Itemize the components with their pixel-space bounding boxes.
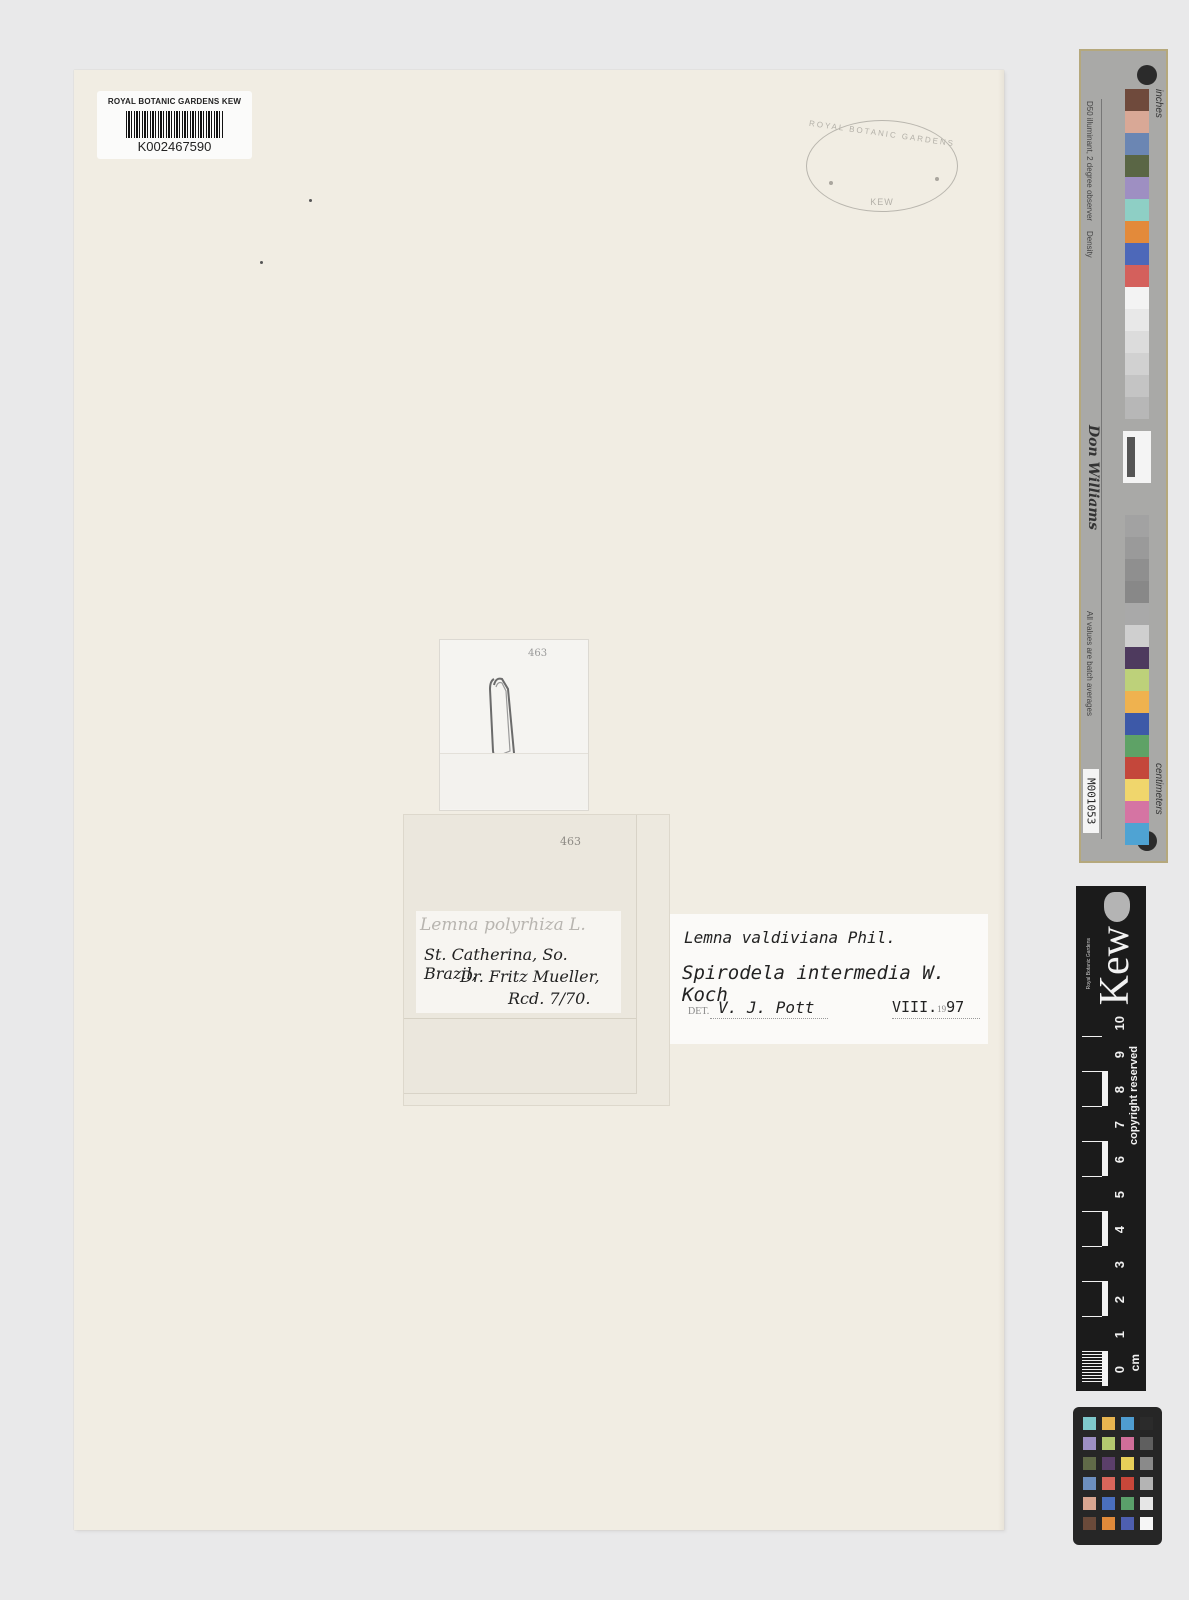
- checker-cell: [1102, 1457, 1115, 1470]
- kew-logo: Kew: [1094, 926, 1136, 1005]
- kew-scale-bar: Royal Botanic Gardens Kew 0123: [1076, 886, 1146, 1391]
- cm-scale-number: 10: [1112, 1016, 1127, 1030]
- stamp-bottom-text: KEW: [807, 197, 957, 207]
- checker-cell: [1140, 1497, 1153, 1510]
- color-swatch: [1125, 801, 1149, 823]
- color-swatch: [1125, 647, 1149, 669]
- checker-cell: [1140, 1457, 1153, 1470]
- color-swatch: [1125, 537, 1149, 559]
- checker-cell: [1083, 1437, 1096, 1450]
- color-swatch: [1125, 713, 1149, 735]
- color-swatch: [1125, 375, 1149, 397]
- color-swatch: [1125, 669, 1149, 691]
- cm-scale-number: 9: [1112, 1051, 1127, 1058]
- color-swatch: [1125, 177, 1149, 199]
- color-swatch: [1125, 757, 1149, 779]
- paper-speck: [309, 199, 312, 202]
- color-swatch: [1125, 155, 1149, 177]
- ruler-id: M001053: [1083, 769, 1099, 833]
- checker-cell: [1121, 1517, 1134, 1530]
- ruler-hole-icon: [1137, 65, 1157, 85]
- ruler-density-label: Density: [1085, 231, 1094, 258]
- det-date-year: 97: [946, 998, 964, 1016]
- packet-fold-line: [404, 1018, 636, 1019]
- cm-scale-number: 2: [1112, 1296, 1127, 1303]
- ruler-units-inches: inches: [1153, 89, 1164, 118]
- checker-cell: [1121, 1477, 1134, 1490]
- cm-scale-number: 8: [1112, 1086, 1127, 1093]
- paper-speck: [260, 261, 263, 264]
- checker-cell: [1102, 1417, 1115, 1430]
- checker-cell: [1121, 1497, 1134, 1510]
- barcode-label: ROYAL BOTANIC GARDENS KEW K002467590: [97, 91, 252, 159]
- cm-scale-number: 3: [1112, 1261, 1127, 1268]
- det-date-dotted-line: [892, 1018, 980, 1019]
- determiner-name: V. J. Pott: [718, 998, 814, 1017]
- checker-cell: [1083, 1417, 1096, 1430]
- ruler-resolution-target: [1123, 431, 1151, 483]
- color-swatch: [1125, 581, 1149, 603]
- color-swatch: [1125, 823, 1149, 845]
- checker-cell: [1102, 1497, 1115, 1510]
- checker-cell: [1140, 1477, 1153, 1490]
- det-date-century: 19: [937, 1004, 946, 1014]
- color-swatch: [1125, 603, 1149, 625]
- cm-scale-number: 1: [1112, 1331, 1127, 1338]
- mini-color-checker: [1073, 1407, 1162, 1545]
- kew-unit-label: cm: [1128, 1354, 1142, 1371]
- color-swatch: [1125, 691, 1149, 713]
- checker-cell: [1121, 1417, 1134, 1430]
- cm-scale-number: 5: [1112, 1191, 1127, 1198]
- color-swatch: [1125, 111, 1149, 133]
- packet-number: 463: [560, 835, 581, 848]
- det-original-name: Lemna valdiviana Phil.: [684, 928, 896, 947]
- ruler-value-grid: [1101, 99, 1124, 839]
- kew-copyright: copyright reserved: [1128, 1046, 1140, 1145]
- ruler-illuminant-note: D50 illuminant, 2 degree observer: [1085, 101, 1094, 221]
- ruler-brand: Don Williams: [1085, 425, 1101, 530]
- kew-crest-icon: [1104, 892, 1130, 922]
- det-dotted-line: [710, 1018, 828, 1019]
- checker-cell: [1140, 1437, 1153, 1450]
- cm-scale-number: 4: [1112, 1226, 1127, 1233]
- capsule-card: 463: [439, 639, 589, 811]
- cm-scale-number: 0: [1112, 1366, 1127, 1373]
- packet-inner: 463 Lemna polyrhiza L. St. Catherina, So…: [404, 815, 637, 1094]
- ruler-batch-note: All values are batch averages: [1085, 611, 1094, 716]
- color-swatch: [1125, 265, 1149, 287]
- color-swatch: [1125, 397, 1149, 419]
- checker-cell: [1083, 1497, 1096, 1510]
- color-swatch: [1125, 559, 1149, 581]
- barcode-icon: [126, 111, 224, 138]
- checker-cell: [1102, 1437, 1115, 1450]
- checker-cell: [1083, 1477, 1096, 1490]
- color-ruler: inches D50 illuminant, 2 degree observer…: [1079, 49, 1168, 863]
- color-swatch: [1125, 287, 1149, 309]
- checker-cell: [1102, 1517, 1115, 1530]
- color-swatch: [1125, 133, 1149, 155]
- det-date: VIII.1997: [892, 998, 964, 1016]
- cm-scale-icon: [1082, 1036, 1108, 1386]
- stamp-dot-icon: [829, 181, 833, 185]
- color-swatch: [1125, 331, 1149, 353]
- color-swatch: [1125, 625, 1149, 647]
- checker-cell: [1083, 1457, 1096, 1470]
- color-swatch: [1125, 221, 1149, 243]
- barcode-number: K002467590: [97, 139, 252, 154]
- checker-cell: [1121, 1457, 1134, 1470]
- ruler-units-centimeters: centimeters: [1153, 763, 1164, 815]
- color-swatch: [1125, 243, 1149, 265]
- determination-label: Lemna valdiviana Phil. Spirodela interme…: [670, 914, 988, 1044]
- specimen-packet: 463 Lemna polyrhiza L. St. Catherina, So…: [403, 814, 670, 1106]
- color-swatch: [1125, 89, 1149, 111]
- collector-label: Lemna polyrhiza L. St. Catherina, So. Br…: [416, 911, 621, 1013]
- color-swatch: [1125, 309, 1149, 331]
- capsule-flap: [440, 754, 588, 809]
- checker-cell: [1083, 1517, 1096, 1530]
- capsule-number: 463: [528, 648, 547, 659]
- det-prefix: DET.: [688, 1006, 709, 1017]
- collector-label-received: Rcd. 7/70.: [508, 989, 590, 1008]
- color-swatch: [1125, 199, 1149, 221]
- color-swatch: [1125, 515, 1149, 537]
- checker-cell: [1102, 1477, 1115, 1490]
- checker-cell: [1140, 1417, 1153, 1430]
- checker-cell: [1121, 1437, 1134, 1450]
- color-swatch: [1125, 353, 1149, 375]
- collector-label-collector: Dr. Fritz Mueller,: [460, 967, 600, 986]
- det-date-month: VIII.: [892, 998, 937, 1016]
- pencil-name: Lemna polyrhiza L.: [420, 915, 586, 935]
- herbarium-stamp: ROYAL BOTANIC GARDENS KEW: [806, 120, 958, 212]
- checker-cell: [1140, 1517, 1153, 1530]
- color-swatch: [1125, 735, 1149, 757]
- paperclip-icon: [488, 675, 516, 761]
- color-swatch: [1125, 779, 1149, 801]
- institution-name: ROYAL BOTANIC GARDENS KEW: [97, 97, 252, 106]
- cm-scale-number: 7: [1112, 1121, 1127, 1128]
- cm-scale-number: 6: [1112, 1156, 1127, 1163]
- stamp-dot-icon: [935, 177, 939, 181]
